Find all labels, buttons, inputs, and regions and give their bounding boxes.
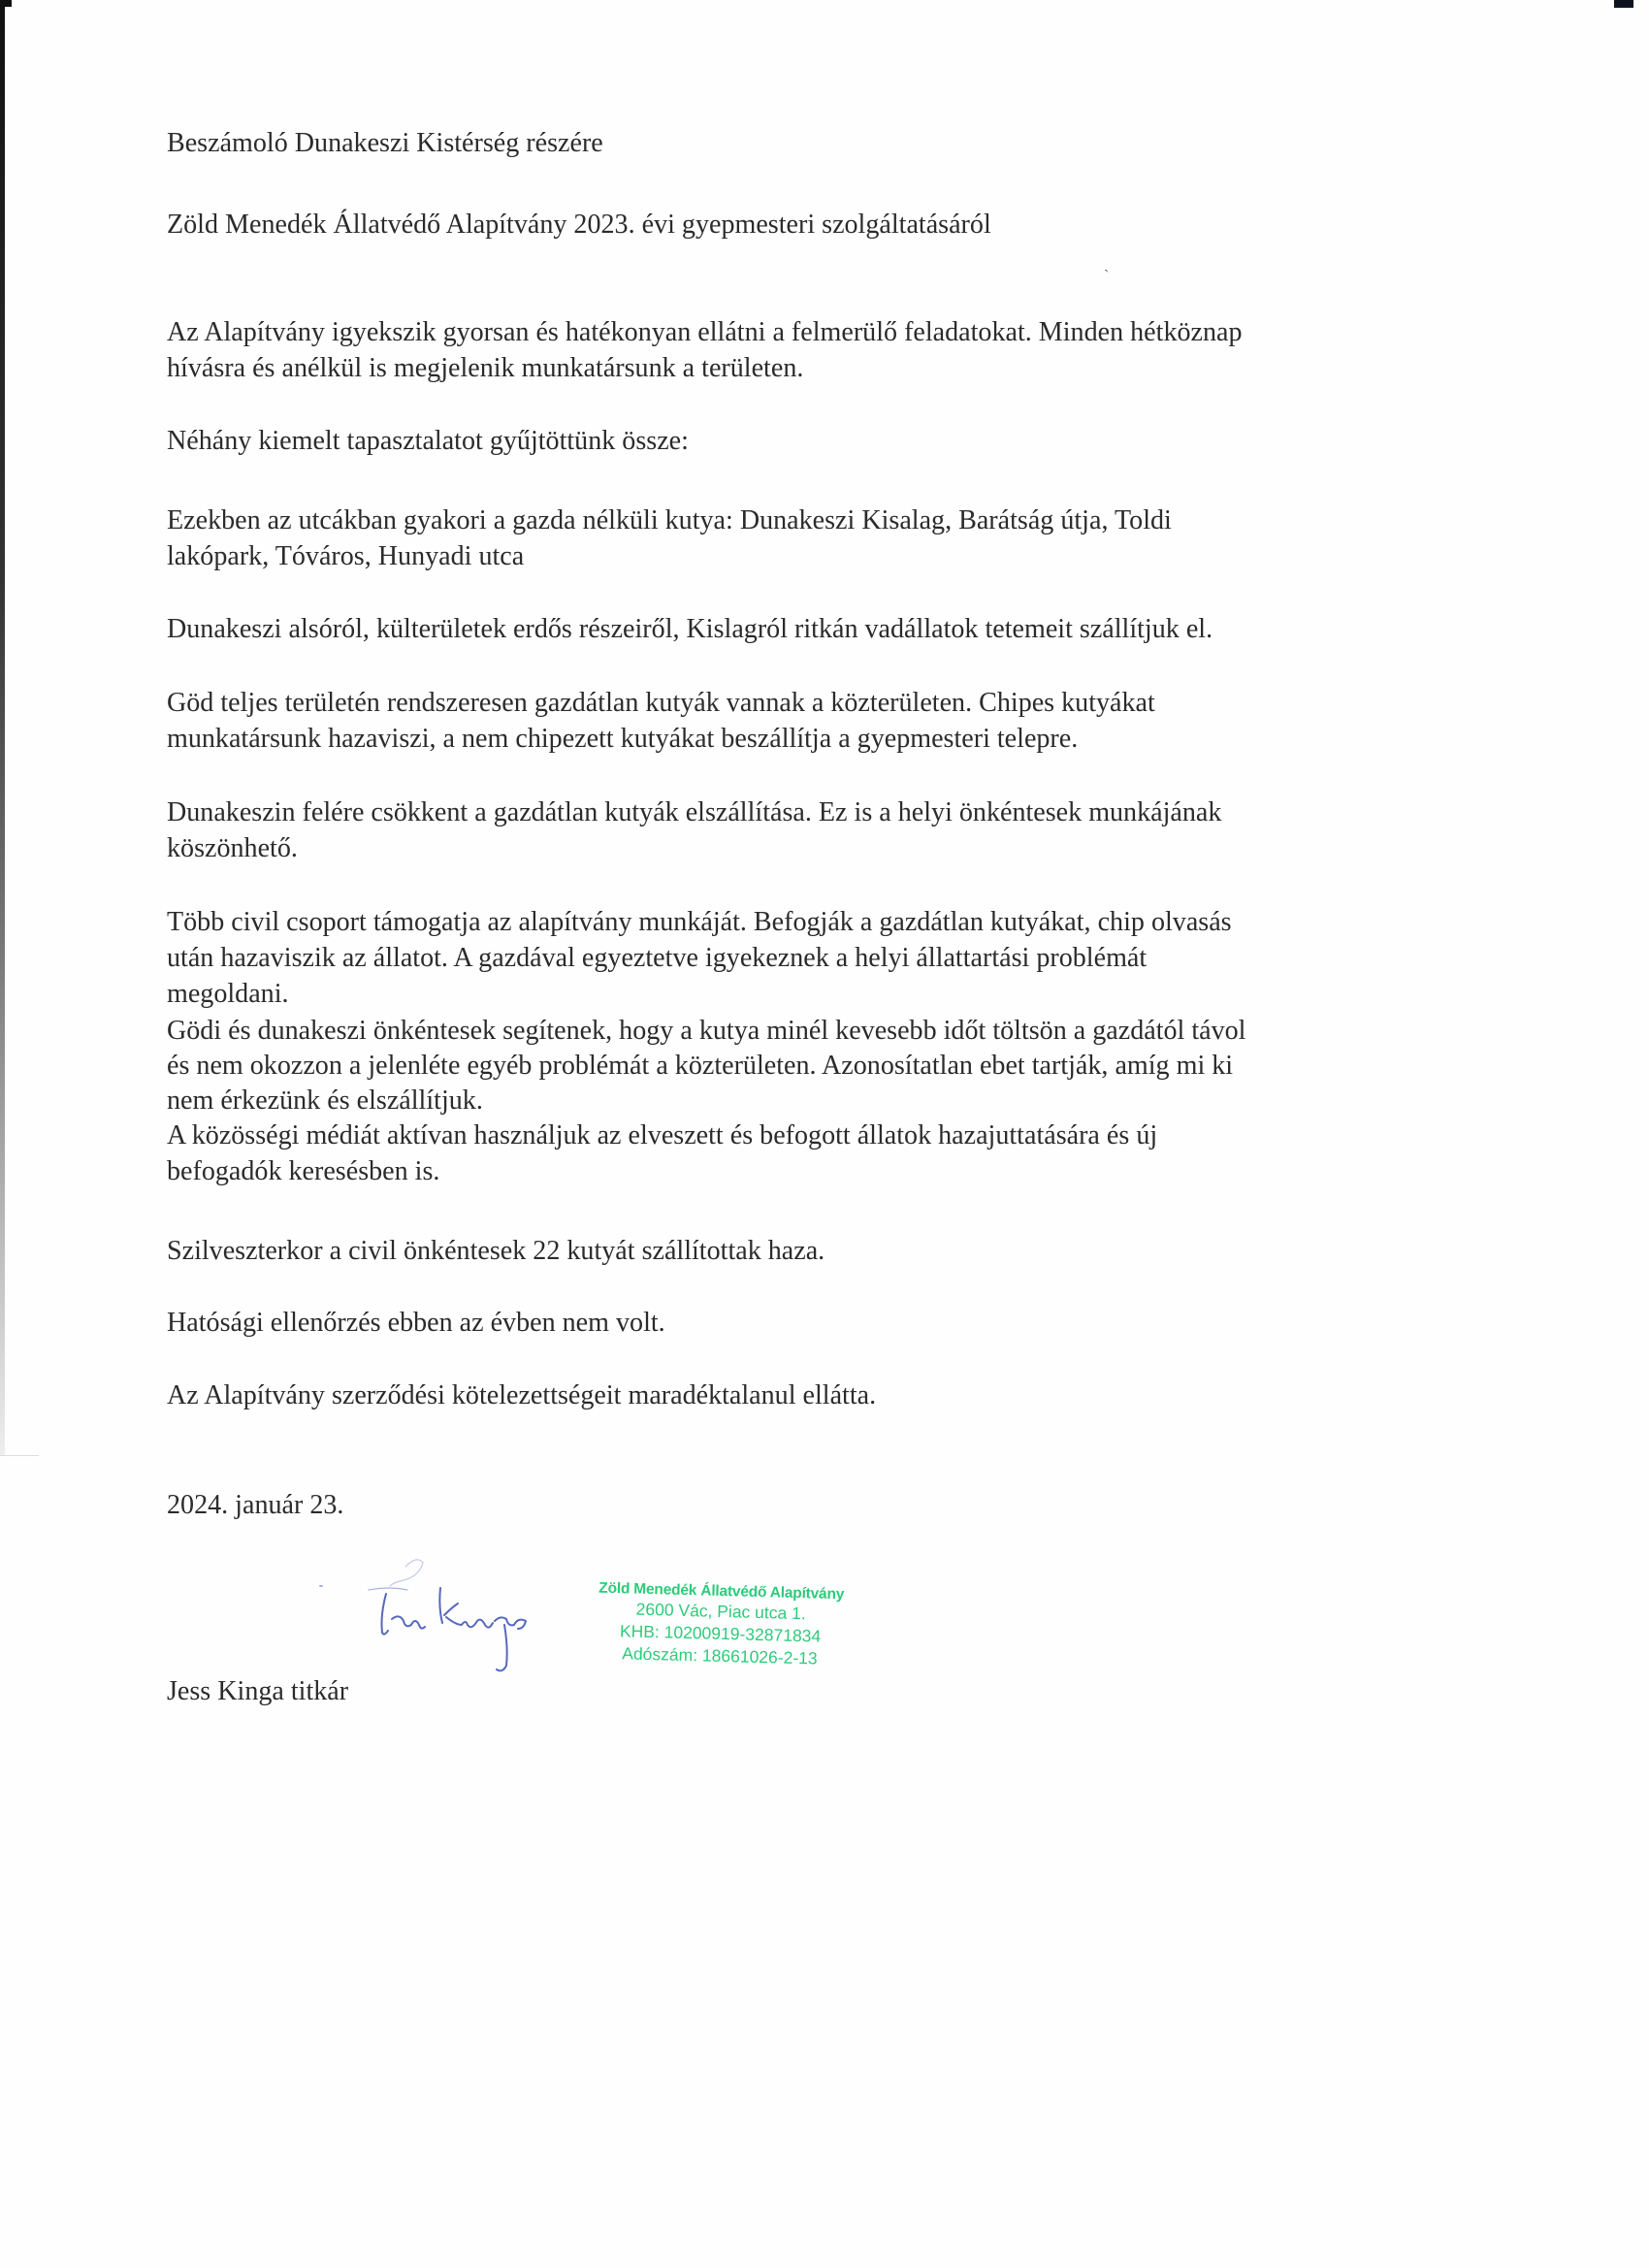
paragraph-line: lakópark, Tóváros, Hunyadi utca xyxy=(167,543,524,571)
paragraph-line: megoldani. xyxy=(167,981,289,1009)
stray-mark: ˎ xyxy=(1104,256,1109,274)
paragraph-line: Szilveszterkor a civil önkéntesek 22 kut… xyxy=(167,1238,824,1266)
paragraph-line: Dunakeszin felére csökkent a gazdátlan k… xyxy=(167,799,1221,827)
paragraph-line: Több civil csoport támogatja az alapítvá… xyxy=(167,909,1232,937)
paragraph-line: köszönhető. xyxy=(167,835,298,863)
paragraph-line: Gödi és dunakeszi önkéntesek segítenek, … xyxy=(167,1018,1245,1046)
document-subheading: Zöld Menedék Állatvédő Alapítvány 2023. … xyxy=(167,211,991,240)
paragraph-line: Néhány kiemelt tapasztalatot gyűjtöttünk… xyxy=(167,428,689,456)
scanned-page: Beszámoló Dunakeszi Kistérség részére Zö… xyxy=(0,0,1649,2268)
paragraph-line: hívásra és anélkül is megjelenik munkatá… xyxy=(167,355,803,383)
paragraph-line: Hatósági ellenőrzés ebben az évben nem v… xyxy=(167,1310,665,1338)
paragraph-line: nem érkezünk és elszállítjuk. xyxy=(167,1087,483,1116)
paragraph-line: Ezekben az utcákban gyakori a gazda nélk… xyxy=(167,507,1172,535)
scan-border-left xyxy=(0,0,5,1455)
paragraph-line: és nem okozzon a jelenléte egyéb problém… xyxy=(167,1053,1233,1081)
document-heading: Beszámoló Dunakeszi Kistérség részére xyxy=(167,130,603,158)
scan-artifact-top-right xyxy=(1614,0,1633,8)
paragraph-line: befogadók keresésben is. xyxy=(167,1158,439,1186)
paragraph-line: Az Alapítvány szerződési kötelezettségei… xyxy=(167,1382,876,1410)
handwritten-signature xyxy=(310,1547,553,1693)
document-date: 2024. január 23. xyxy=(167,1492,343,1520)
paragraph-line: Az Alapítvány igyekszik gyorsan és haték… xyxy=(167,319,1243,347)
scan-artifact-top-left xyxy=(0,0,12,7)
paragraph-line: Göd teljes területén rendszeresen gazdát… xyxy=(167,690,1155,718)
paragraph-line: A közösségi médiát aktívan használjuk az… xyxy=(167,1122,1157,1150)
scan-artifact-line xyxy=(0,1455,39,1456)
paragraph-line: Dunakeszi alsóról, külterületek erdős ré… xyxy=(167,616,1212,644)
paragraph-line: után hazaviszik az állatot. A gazdával e… xyxy=(167,945,1147,973)
paragraph-line: munkatársunk hazaviszi, a nem chipezett … xyxy=(167,726,1078,754)
signatory-name: Jess Kinga titkár xyxy=(167,1678,348,1706)
organization-stamp: Zöld Menedék Állatvédő Alapítvány 2600 V… xyxy=(574,1579,867,1671)
